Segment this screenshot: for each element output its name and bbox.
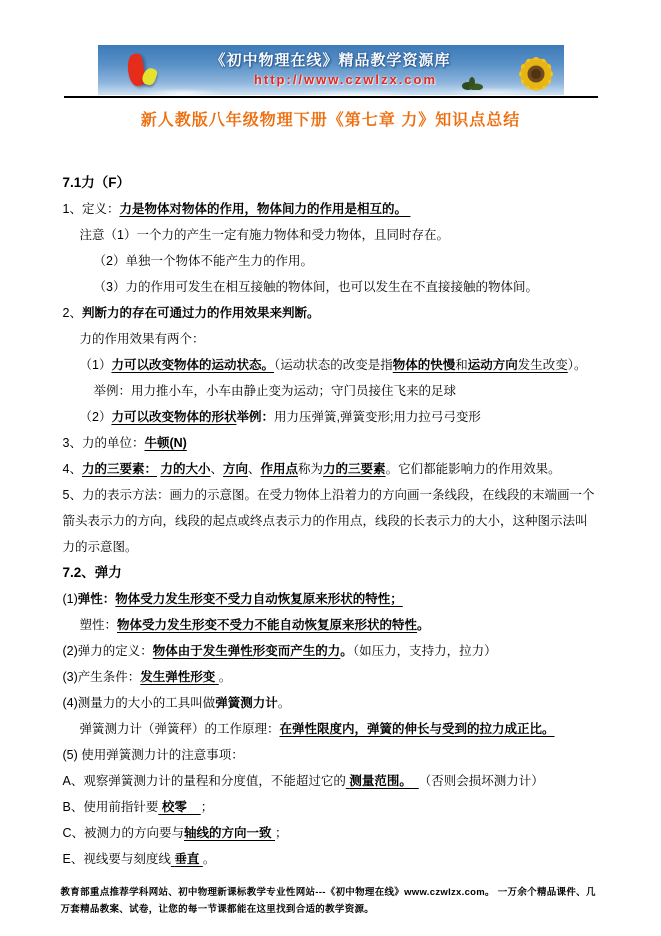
text-run: （2） xyxy=(80,410,112,424)
doc-line: （2）力可以改变物体的形状举例：用力压弹簧,弹簧变形;用力拉弓弓变形 xyxy=(63,404,599,430)
site-banner: 《初中物理在线》精品教学资源库 http://www.czwlzx.com xyxy=(98,45,564,95)
banner-site-name: 《初中物理在线》精品教学资源库 xyxy=(168,49,494,70)
section-heading-7-1: 7.1力（F） xyxy=(63,170,599,196)
doc-line: （2）单独一个物体不能产生力的作用。 xyxy=(63,248,599,274)
text-run: 发生改变 xyxy=(518,358,568,372)
text-run: （运动状态的改变是指 xyxy=(274,358,393,372)
text-run: 1、定义： xyxy=(63,202,120,216)
text-run: 5、力的表示方法：画力的示意图。在受力物体上沿着力的方向画一条线段，在线段的末端… xyxy=(63,488,595,554)
text-run: (3)产生条件： xyxy=(63,670,141,684)
text-run: 校零 xyxy=(162,800,187,814)
text-run: 举例：用力推小车，小车由静止变为运动；守门员接住飞来的足球 xyxy=(94,384,457,398)
text-run: 4、 xyxy=(63,462,82,476)
text-run: 称为 xyxy=(298,462,323,476)
text-run: 在弹性限度内，弹簧的伸长与受到的拉力成正比。 xyxy=(280,722,555,736)
doc-line: 力的作用效果有两个： xyxy=(63,326,599,352)
footer-text: 教育部重点推荐学科网站、初中物理新课标教学专业性网站---《初中物理在线》www… xyxy=(61,887,596,915)
text-run: 力的作用效果有两个： xyxy=(80,332,205,346)
doc-line: 4、力的三要素： 力的大小、方向、作用点称为力的三要素。它们都能影响力的作用效果… xyxy=(63,456,599,482)
section-heading-7-2: 7.2、弹力 xyxy=(63,560,599,586)
doc-line: 举例：用力推小车，小车由静止变为运动；守门员接住飞来的足球 xyxy=(63,378,599,404)
text-run: 力的三要素 xyxy=(323,462,386,476)
text-run: 牛顿(N) xyxy=(144,436,186,450)
text-run: 力可以改变物体的运动状态。 xyxy=(111,358,274,372)
text-run: （如压力，支持力，拉力） xyxy=(353,644,497,658)
doc-line: 弹簧测力计（弹簧秤）的工作原理：在弹性限度内，弹簧的伸长与受到的拉力成正比。 xyxy=(63,716,599,742)
text-run: （1） xyxy=(80,358,112,372)
doc-line: 1、定义：力是物体对物体的作用，物体间力的作用是相互的。 xyxy=(63,196,599,222)
doc-line: 塑性：物体受力发生形变不受力不能自动恢复原来形状的特性。 xyxy=(63,612,599,638)
text-run: (5) 使用弹簧测力计的注意事项： xyxy=(63,748,244,762)
sunflower-icon xyxy=(502,46,564,95)
doc-line: (5) 使用弹簧测力计的注意事项： xyxy=(63,742,599,768)
plant-icon xyxy=(460,74,486,95)
doc-line: E、视线要与刻度线 垂直 。 xyxy=(63,846,599,872)
text-run: 物体的快慢 xyxy=(393,358,456,372)
text-run: 测量范围。 xyxy=(349,774,412,788)
doc-line: B、使用前指针要 校零 ； xyxy=(63,794,599,820)
text-run xyxy=(412,774,419,788)
text-run: ； xyxy=(201,800,214,814)
text-run: C、被测力的方向要与 xyxy=(63,826,185,840)
text-run: （否则会损坏测力计） xyxy=(419,774,544,788)
text-run: 轴线的方向一致 xyxy=(184,826,272,840)
text-run: (4)测量力的大小的工具叫做 xyxy=(63,696,216,710)
text-run: 垂直 xyxy=(174,852,199,866)
doc-line: (1)弹性：物体受力发生形变不受力自动恢复原来形状的特性； xyxy=(63,586,599,612)
text-run: 发生弹性形变 xyxy=(140,670,218,684)
text-run: ）。 xyxy=(568,358,587,372)
text-run: 。它们都能影响力的作用效果。 xyxy=(386,462,561,476)
doc-line: （1）力可以改变物体的运动状态。（运动状态的改变是指物体的快慢和运动方向发生改变… xyxy=(63,352,599,378)
page: 《初中物理在线》精品教学资源库 http://www.czwlzx.com xyxy=(0,45,661,918)
text-run: 判断力的存在可通过力的作用效果来判断。 xyxy=(82,306,320,320)
text-run: 和 xyxy=(455,358,468,372)
text-run: 7.1力（F） xyxy=(63,175,131,190)
text-run: 注意（1）一个力的产生一定有施力物体和受力物体，且同时存在。 xyxy=(80,228,449,242)
text-run: 物体受力发生形变不受力不能自动恢复原来形状的特性 xyxy=(117,618,417,632)
text-run: 力的三要素： xyxy=(82,462,157,476)
doc-line: 3、力的单位：牛顿(N) xyxy=(63,430,599,456)
doc-line: 注意（1）一个力的产生一定有施力物体和受力物体，且同时存在。 xyxy=(63,222,599,248)
text-run: 7.2、弹力 xyxy=(63,565,122,580)
text-run: 。 xyxy=(219,670,232,684)
text-run: 2、 xyxy=(63,306,82,320)
text-run: B、使用前指针要 xyxy=(63,800,159,814)
document-body: 7.1力（F）1、定义：力是物体对物体的作用，物体间力的作用是相互的。 注意（1… xyxy=(63,170,599,872)
text-run: 力是物体对物体的作用，物体间力的作用是相互的。 xyxy=(119,202,410,216)
text-run: 。 xyxy=(203,852,216,866)
text-run: (1) xyxy=(63,592,78,606)
doc-line: (3)产生条件：发生弹性形变 。 xyxy=(63,664,599,690)
text-run: E、视线要与刻度线 xyxy=(63,852,171,866)
doc-line: （3）力的作用可发生在相互接触的物体间，也可以发生在不直接接触的物体间。 xyxy=(63,274,599,300)
doc-line: (2)弹力的定义：物体由于发生弹性形变而产生的力。（如压力，支持力，拉力） xyxy=(63,638,599,664)
text-run: 弹簧测力计（弹簧秤）的工作原理： xyxy=(80,722,280,736)
text-run: 。 xyxy=(340,644,353,658)
text-run: （2）单独一个物体不能产生力的作用。 xyxy=(94,254,313,268)
text-run: 弹簧测力计 xyxy=(215,696,278,710)
doc-line: (4)测量力的大小的工具叫做弹簧测力计。 xyxy=(63,690,599,716)
text-run: 举例： xyxy=(236,410,274,424)
text-run: 。 xyxy=(278,696,291,710)
text-run: ； xyxy=(275,826,288,840)
text-run: 力的大小 xyxy=(160,462,210,476)
text-run: A、观察弹簧测力计的量程和分度值，不能超过它的 xyxy=(63,774,346,788)
text-run: 作用点 xyxy=(261,462,299,476)
text-run: 3、力的单位： xyxy=(63,436,145,450)
page-title: 新人教版八年级物理下册《第七章 力》知识点总结 xyxy=(0,107,661,130)
text-run: 力可以改变物体的形状 xyxy=(111,410,236,424)
doc-line: A、观察弹簧测力计的量程和分度值，不能超过它的 测量范围。 （否则会损坏测力计） xyxy=(63,768,599,794)
banner-site-url[interactable]: http://www.czwlzx.com xyxy=(198,72,494,87)
doc-line: 5、力的表示方法：画力的示意图。在受力物体上沿着力的方向画一条线段，在线段的末端… xyxy=(63,482,599,560)
doc-line: C、被测力的方向要与轴线的方向一致 ； xyxy=(63,820,599,846)
divider xyxy=(64,96,598,98)
text-run: 用力压弹簧,弹簧变形;用力拉弓弓变形 xyxy=(274,410,481,424)
text-run: 方向 xyxy=(223,462,248,476)
text-run: 。 xyxy=(417,618,430,632)
text-run: 运动方向 xyxy=(468,358,518,372)
text-run: 、 xyxy=(210,462,223,476)
text-run: 、 xyxy=(248,462,261,476)
text-run xyxy=(187,800,201,814)
footer: 教育部重点推荐学科网站、初中物理新课标教学专业性网站---《初中物理在线》www… xyxy=(61,884,601,918)
text-run: 物体受力发生形变不受力自动恢复原来形状的特性； xyxy=(115,592,403,606)
text-run: 物体由于发生弹性形变而产生的力 xyxy=(153,644,341,658)
banner-text: 《初中物理在线》精品教学资源库 http://www.czwlzx.com xyxy=(168,49,494,87)
text-run: （3）力的作用可发生在相互接触的物体间，也可以发生在不直接接触的物体间。 xyxy=(94,280,538,294)
text-run: (2)弹力的定义： xyxy=(63,644,153,658)
doc-line: 2、判断力的存在可通过力的作用效果来判断。 xyxy=(63,300,599,326)
flame-logo-icon xyxy=(124,50,166,92)
text-run: 塑性： xyxy=(80,618,118,632)
text-run: 弹性： xyxy=(78,592,116,606)
